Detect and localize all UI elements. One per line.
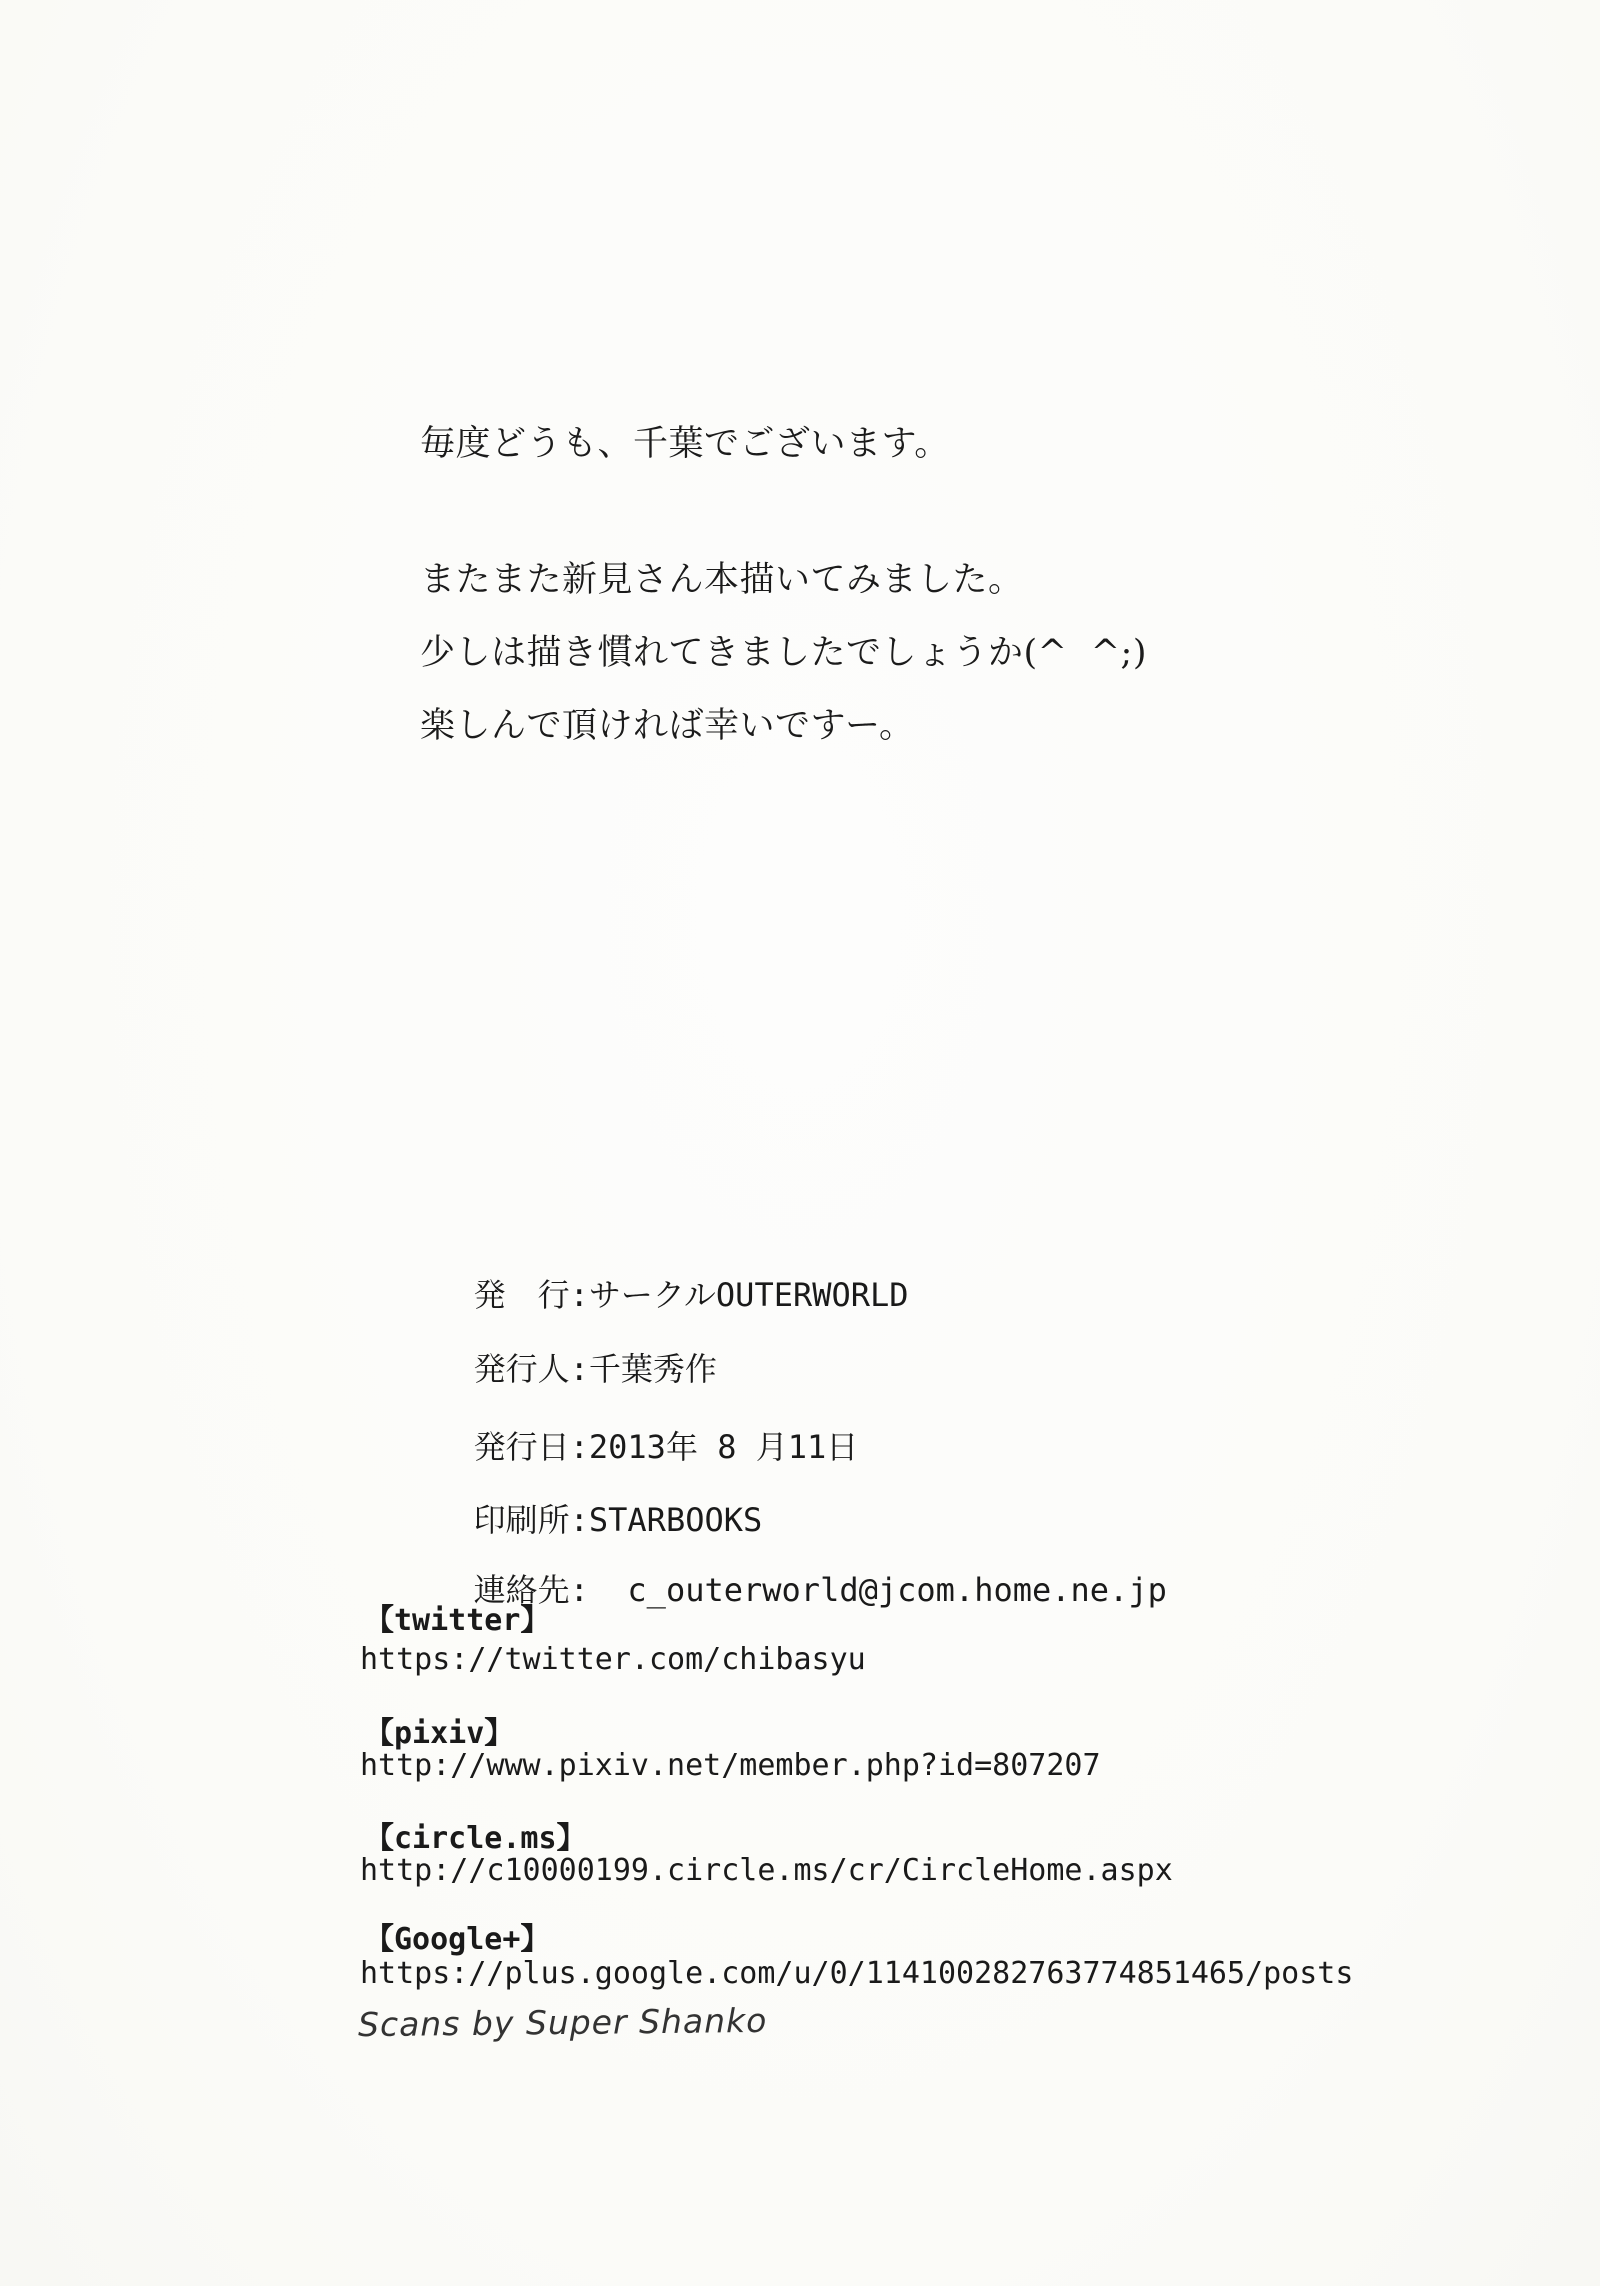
colophon-value: サークルOUTERWORLD [589,1276,909,1314]
scan-credit: Scans by Super Shanko [358,2002,768,2044]
afterword-line: 楽しんで頂ければ幸いですー。 [420,706,915,746]
link-url-pixiv: http://www.pixiv.net/member.php?id=80720… [360,1749,1101,1784]
link-url-google-plus: https://plus.google.com/u/0/114100282763… [360,1957,1353,1992]
afterword-line: 少しは描き慣れてきましたでしょうか(^ ^;) [420,633,1147,673]
link-label-circle-ms: 【circle.ms】 [364,1822,587,1857]
colophon-label: 発行日: [474,1428,589,1466]
link-label-twitter: 【twitter】 [364,1604,550,1639]
colophon-label: 発行人: [474,1350,589,1388]
scanned-page: 毎度どうも、千葉でございます。 またまた新見さん本描いてみました。 少しは描き慣… [0,0,1600,2286]
link-label-google-plus: 【Google+】 [364,1923,550,1958]
colophon-value: STARBOOKS [589,1501,762,1539]
afterword-greeting-line: 毎度どうも、千葉でございます。 [420,424,950,464]
afterword-line: またまた新見さん本描いてみました。 [420,560,1024,600]
colophon-value: c_outerworld@jcom.home.ne.jp [589,1571,1167,1609]
link-label-pixiv: 【pixiv】 [364,1717,514,1752]
link-url-twitter: https://twitter.com/chibasyu [360,1643,866,1678]
colophon-value: 2013年 8 月11日 [589,1428,858,1466]
link-url-circle-ms: http://c10000199.circle.ms/cr/CircleHome… [360,1854,1173,1889]
colophon-value: 千葉秀作 [589,1350,717,1388]
colophon-label: 発 行: [474,1276,589,1314]
colophon-label: 印刷所: [474,1501,589,1539]
